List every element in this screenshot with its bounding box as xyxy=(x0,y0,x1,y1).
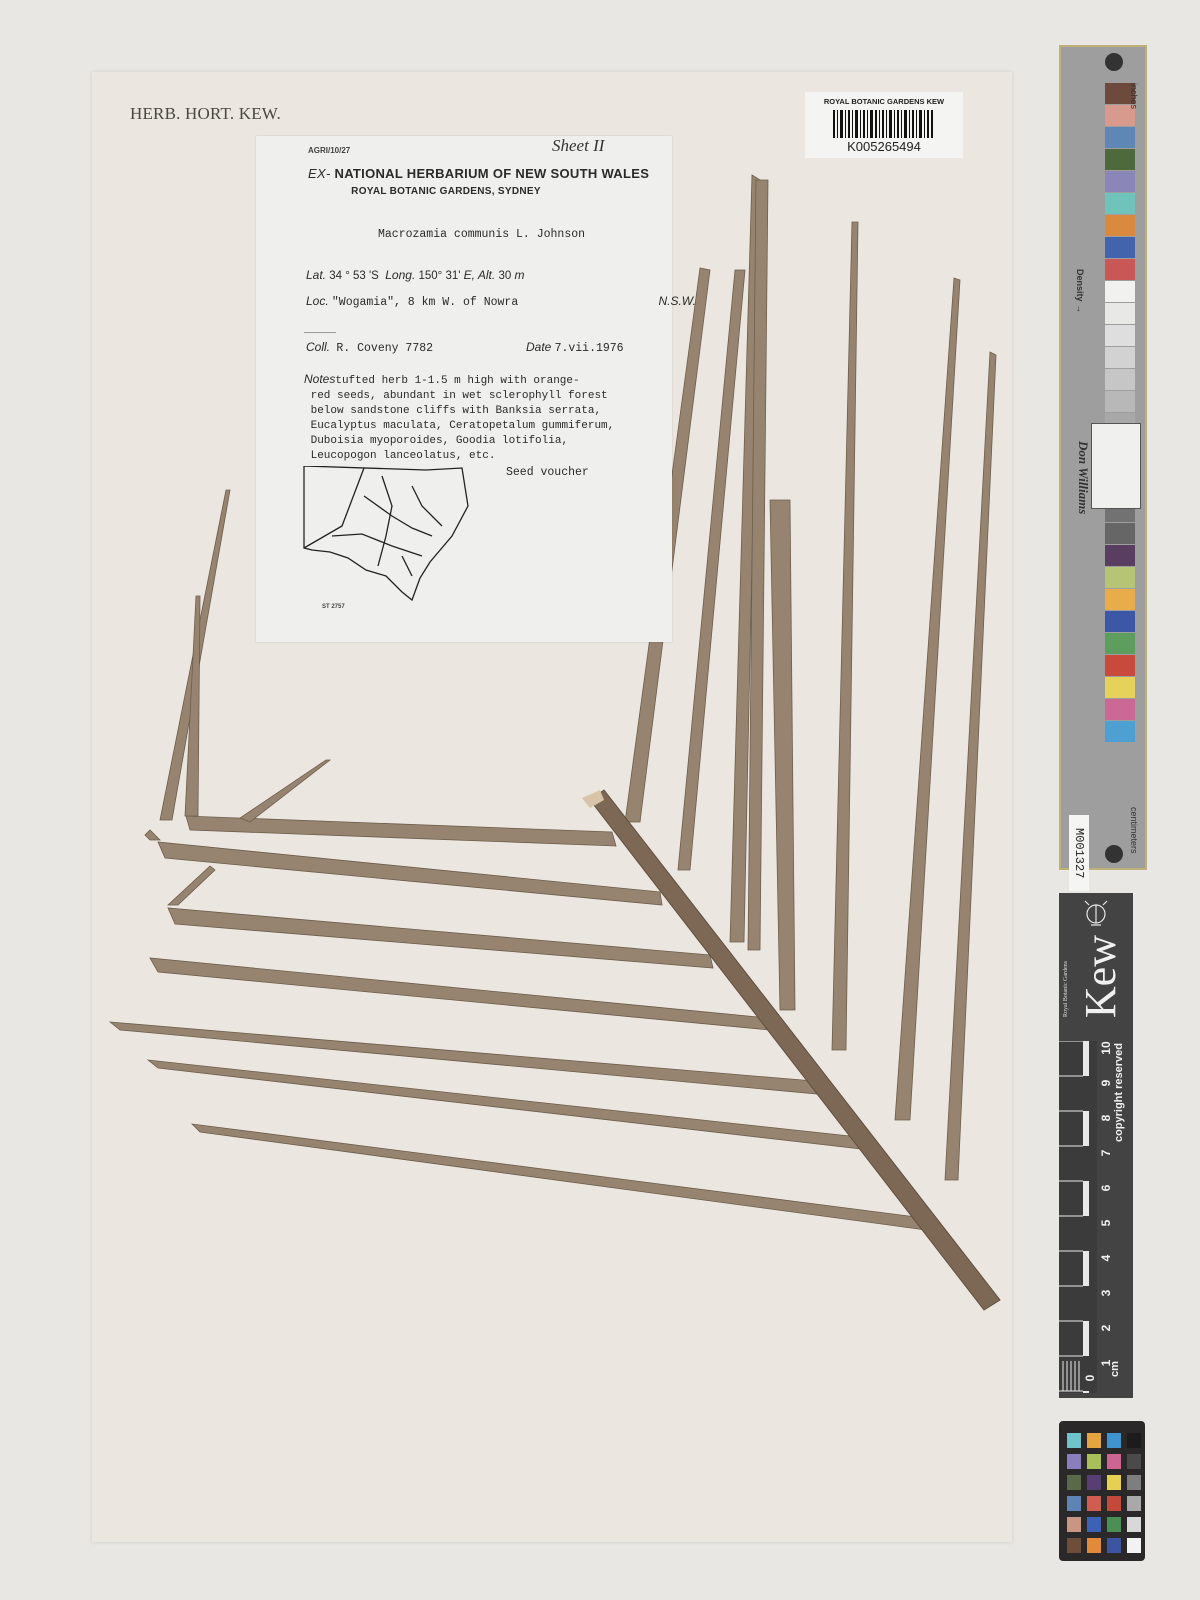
checker-cell xyxy=(1087,1496,1101,1511)
collector: R. Coveny 7782 xyxy=(336,342,433,355)
checker-cell xyxy=(1067,1433,1081,1448)
locality-row: Loc. "Wogamia", 8 km W. of Nowra N.S.W. xyxy=(306,294,646,309)
seed-voucher: Seed voucher xyxy=(506,466,589,479)
alt-label: E, Alt. xyxy=(464,268,496,282)
color-patch xyxy=(1105,545,1135,566)
color-patch xyxy=(1105,149,1135,170)
loc-label: Loc. xyxy=(306,294,329,308)
garden-name: ROYAL BOTANIC GARDENS, SYDNEY xyxy=(256,186,636,197)
accession-code: AGRI/10/27 xyxy=(308,146,350,155)
coordinates-row: Lat. 34 ° 53 'S Long. 150° 31' E, Alt. 3… xyxy=(306,268,524,282)
notes-line: Eucalyptus maculata, Ceratopetalum gummi… xyxy=(311,420,615,432)
color-patch xyxy=(1105,633,1135,654)
scale-tick: 5 xyxy=(1099,1216,1113,1230)
checker-cell xyxy=(1087,1454,1101,1469)
scale-tick: 6 xyxy=(1099,1181,1113,1195)
map-code: ST 2757 xyxy=(322,604,345,610)
color-patch xyxy=(1105,325,1135,346)
sheet-annotation: Sheet II xyxy=(552,136,604,156)
checker-cell xyxy=(1067,1475,1081,1490)
checker-cell xyxy=(1107,1538,1121,1553)
alt-value: 30 xyxy=(498,270,511,282)
color-patch xyxy=(1105,369,1135,390)
scale-tick: 4 xyxy=(1099,1251,1113,1265)
strip-hole-icon xyxy=(1105,845,1123,863)
color-patch xyxy=(1105,259,1135,280)
color-patch xyxy=(1105,611,1135,632)
notes-label: Notes xyxy=(304,372,335,386)
taxon-name: Macrozamia communis L. Johnson xyxy=(378,228,585,241)
color-patch xyxy=(1105,127,1135,148)
color-patch xyxy=(1105,193,1135,214)
color-patch xyxy=(1105,281,1135,302)
checker-cell xyxy=(1087,1517,1101,1532)
institution-name: EX- NATIONAL HERBARIUM OF NEW SOUTH WALE… xyxy=(308,166,649,181)
strip-tag: M001327 xyxy=(1069,815,1089,891)
color-patch xyxy=(1105,677,1135,698)
strip-hole-icon xyxy=(1105,53,1123,71)
collector-row: Coll. R. Coveny 7782 xyxy=(306,340,433,355)
notes-line: Duboisia myoporoides, Goodia lotifolia, xyxy=(311,435,568,447)
notes-line: tufted herb 1-1.5 m high with orange- xyxy=(335,375,579,387)
lat-value: 34 ° 53 'S xyxy=(329,270,379,282)
long-label: Long. xyxy=(385,268,415,282)
color-patch xyxy=(1105,391,1135,412)
checker-cell xyxy=(1067,1496,1081,1511)
barcode-number: K005265494 xyxy=(805,139,963,154)
checker-cell xyxy=(1087,1475,1101,1490)
strip-brand: Don Williams xyxy=(1075,441,1091,514)
institution-text: NATIONAL HERBARIUM OF NEW SOUTH WALES xyxy=(335,166,650,181)
cm-unit-label: cm xyxy=(1109,1361,1121,1377)
alt-unit: m xyxy=(514,268,524,282)
lat-label: Lat. xyxy=(306,268,326,282)
checker-cell xyxy=(1127,1517,1141,1532)
resolution-target xyxy=(1091,423,1141,509)
kew-scale-ruler: Royal Botanic Gardens Kew copyright rese… xyxy=(1059,893,1133,1398)
checker-cell xyxy=(1127,1475,1141,1490)
scale-tick: 7 xyxy=(1099,1146,1113,1160)
scale-tick: 2 xyxy=(1099,1321,1113,1335)
checker-cell xyxy=(1087,1433,1101,1448)
notes-line: Leucopogon lanceolatus, etc. xyxy=(311,450,496,462)
color-patch xyxy=(1105,721,1135,742)
date-label: Date xyxy=(526,340,551,354)
collection-label: AGRI/10/27 Sheet II EX- NATIONAL HERBARI… xyxy=(256,136,672,642)
color-patch xyxy=(1105,347,1135,368)
checker-cell xyxy=(1107,1454,1121,1469)
notes-line: red seeds, abundant in wet sclerophyll f… xyxy=(311,390,608,402)
checker-cell xyxy=(1107,1475,1121,1490)
state: N.S.W. xyxy=(658,294,696,308)
checker-cell xyxy=(1127,1454,1141,1469)
color-patch xyxy=(1105,171,1135,192)
scale-tick: 10 xyxy=(1099,1041,1113,1055)
color-patch xyxy=(1105,215,1135,236)
checker-cell xyxy=(1107,1517,1121,1532)
scale-tick: 9 xyxy=(1099,1076,1113,1090)
institution-prefix: EX- xyxy=(308,166,331,181)
checker-cell xyxy=(1087,1538,1101,1553)
density-label: Density → xyxy=(1075,269,1085,313)
checker-cell xyxy=(1107,1433,1121,1448)
divider xyxy=(304,332,336,333)
cm-scale-bar xyxy=(1059,1041,1097,1393)
checker-cell xyxy=(1127,1433,1141,1448)
kew-subtitle: Royal Botanic Gardens xyxy=(1063,961,1069,1017)
color-checker-card xyxy=(1059,1421,1145,1561)
date-value: 7.vii.1976 xyxy=(555,342,624,355)
notes-line: below sandstone cliffs with Banksia serr… xyxy=(311,405,601,417)
scale-tick: 0 xyxy=(1083,1371,1097,1385)
centimeters-label: centimeters xyxy=(1129,807,1139,854)
nsw-map-icon xyxy=(302,466,474,602)
checker-cell xyxy=(1067,1538,1081,1553)
kew-logo: Kew xyxy=(1079,935,1123,1018)
color-patch xyxy=(1105,237,1135,258)
specimen-barcode: ROYAL BOTANIC GARDENS KEW K005265494 xyxy=(805,92,963,158)
color-patch xyxy=(1105,303,1135,324)
barcode-bars-icon xyxy=(833,110,933,138)
color-checker-grid xyxy=(1067,1433,1141,1553)
color-patch xyxy=(1105,523,1135,544)
checker-cell xyxy=(1067,1517,1081,1532)
royal-crest-icon xyxy=(1081,899,1111,929)
scale-tick: 3 xyxy=(1099,1286,1113,1300)
barcode-institution: ROYAL BOTANIC GARDENS KEW xyxy=(805,97,963,106)
notes: Notestufted herb 1-1.5 m high with orang… xyxy=(304,372,614,464)
scale-tick: 8 xyxy=(1099,1111,1113,1125)
color-patch xyxy=(1105,655,1135,676)
color-patch xyxy=(1105,567,1135,588)
date-row: Date 7.vii.1976 xyxy=(526,340,624,355)
color-patch xyxy=(1105,699,1135,720)
coll-label: Coll. xyxy=(306,340,330,354)
checker-cell xyxy=(1067,1454,1081,1469)
inches-label: inches xyxy=(1129,83,1139,109)
long-value: 150° 31' xyxy=(418,270,460,282)
loc-value: "Wogamia", 8 km W. of Nowra xyxy=(332,296,518,309)
color-patches xyxy=(1105,83,1135,743)
checker-cell xyxy=(1107,1496,1121,1511)
checker-cell xyxy=(1127,1496,1141,1511)
color-scale-strip: Density → inches Don Williams centimeter… xyxy=(1059,45,1147,870)
copyright-text: copyright reserved xyxy=(1113,1043,1125,1142)
checker-cell xyxy=(1127,1538,1141,1553)
color-patch xyxy=(1105,589,1135,610)
